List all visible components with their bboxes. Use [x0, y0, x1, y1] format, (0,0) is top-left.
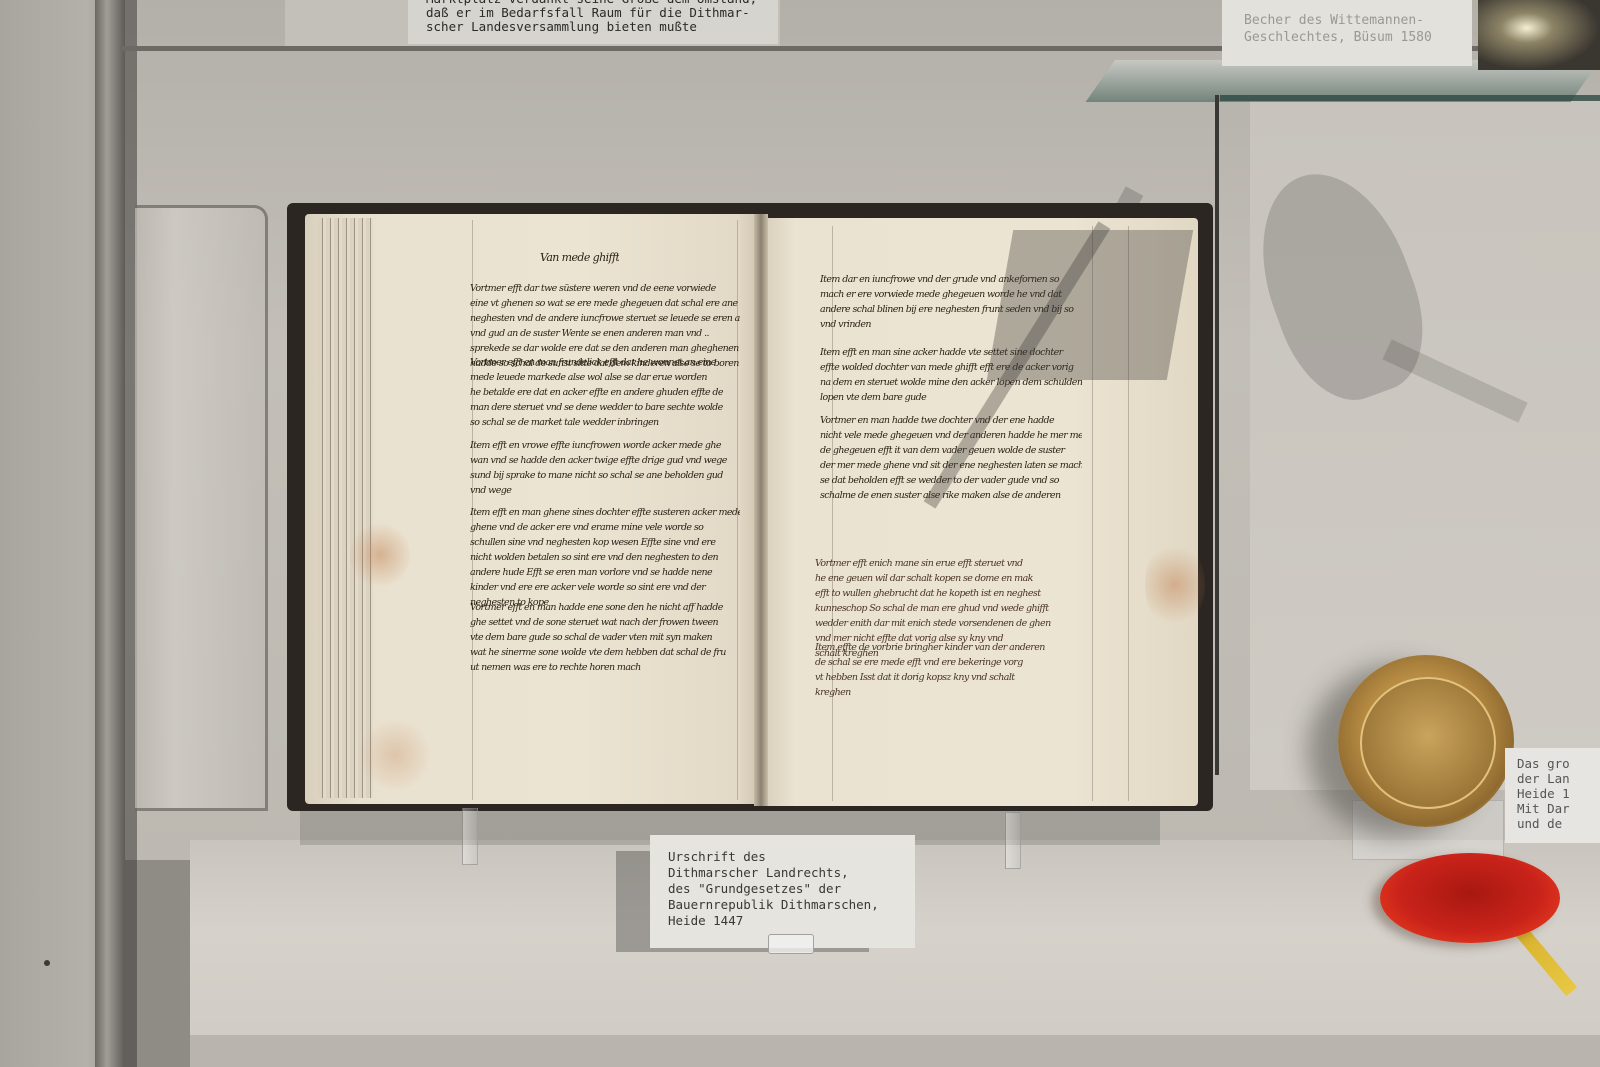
text-line: Vortmer efft en man frundelick efft dar …: [470, 355, 740, 370]
text-line: de schal se ere mede efft vnd ere bekeri…: [815, 655, 1083, 670]
text-line: he ene geuen wil dar schalt kopen se dom…: [815, 571, 1083, 586]
text-line: ghe settet vnd de sone steruet wat nach …: [470, 615, 740, 630]
text-line: vnd wege: [470, 483, 740, 498]
text-line: wedder enith dar mit enich stede vorsend…: [815, 616, 1083, 631]
text-line: kreghen: [815, 685, 1083, 700]
page-edges: [318, 218, 373, 798]
text-line: he betalde ere dat en acker effte en and…: [470, 385, 740, 400]
case-divider-pole: [1215, 95, 1219, 775]
text-line: andere hude Efft se eren man vorlore vnd…: [470, 565, 740, 580]
manuscript-caption-label: Urschrift des Dithmarscher Landrechts, d…: [650, 835, 915, 948]
text-line: sund bij sprake to mane nicht so schal s…: [470, 468, 740, 483]
text-line: kinder vnd ere ere acker vele worde so s…: [470, 580, 740, 595]
top-label-line: scher Landesversammlung bieten mußte: [426, 20, 778, 34]
seal-caption-line: und de: [1517, 816, 1600, 831]
text-line: Item effte de vorbrie bringher kinder va…: [815, 640, 1083, 655]
silver-goblet: [1478, 0, 1600, 70]
text-line: wat he sinerme sone wolde vte dem hebben…: [470, 645, 740, 660]
manuscript-paragraph: Item efft en man ghene sines dochter eff…: [470, 505, 740, 610]
gold-seal-relief: [1360, 677, 1496, 809]
text-line: lopen vte dem bare gude: [820, 390, 1082, 405]
water-stain: [355, 720, 435, 790]
glass-frame-bar: [95, 0, 125, 1067]
text-line: man dere steruet vnd se dene wedder to b…: [470, 400, 740, 415]
text-line: kunneschop So schal de man ere ghud vnd …: [815, 601, 1083, 616]
caption-line: Heide 1447: [668, 913, 915, 929]
manuscript-heading: Van mede ghifft: [540, 250, 619, 265]
text-line: Vortmer efft enich mane sin erue efft st…: [815, 556, 1083, 571]
book-stand-right: [1005, 812, 1021, 869]
text-line: mede leuede markede alse wol alse se dar…: [470, 370, 740, 385]
frame-bolt: [44, 960, 50, 966]
text-line: so schal se de market tale wedder inbrin…: [470, 415, 740, 430]
text-line: ghene vnd de acker ere vnd erame mine ve…: [470, 520, 740, 535]
book-gutter: [754, 214, 768, 806]
caption-line: Bauernrepublik Dithmarschen,: [668, 897, 915, 913]
text-line: wan vnd se hadde den acker twige effte d…: [470, 453, 740, 468]
manuscript-paragraph: Vortmer efft en man hadde ene sone den h…: [470, 600, 740, 675]
water-stain: [1145, 540, 1205, 630]
text-line: schalme de enen suster alse rike maken a…: [820, 488, 1082, 503]
text-line: Item efft en man ghene sines dochter eff…: [470, 505, 740, 520]
display-case-front-edge: [190, 1035, 1600, 1067]
text-line: schullen sine vnd neghesten kop wesen Ef…: [470, 535, 740, 550]
glass-shelf-edge: [1220, 95, 1600, 101]
goblet-label: Becher des Wittemannen- Geschlechtes, Bü…: [1222, 0, 1472, 66]
seal-caption-label: Das gro der Lan Heide 1 Mit Dar und de: [1505, 748, 1600, 843]
manuscript-paragraph: Item efft en vrowe effte iuncfrowen word…: [470, 438, 740, 498]
text-line: nicht wolden betalen so sint ere vnd den…: [470, 550, 740, 565]
book-stand-left: [462, 808, 478, 865]
red-wax-seal: [1380, 853, 1560, 943]
text-line: nicht vele mede ghegeuen vnd der anderen…: [820, 428, 1082, 443]
text-line: Item efft en vrowe effte iuncfrowen word…: [470, 438, 740, 453]
text-line: Vortmer efft en man hadde ene sone den h…: [470, 600, 740, 615]
caption-line: Urschrift des: [668, 849, 915, 865]
caption-line: Dithmarscher Landrechts,: [668, 865, 915, 881]
seal-caption-line: der Lan: [1517, 771, 1600, 786]
label-holder-clip: [768, 934, 814, 954]
text-line: vt hebben Isst dat it dorig kopsz kny vn…: [815, 670, 1083, 685]
caption-line: des "Grundgesetzes" der: [668, 881, 915, 897]
text-line: eine vt ghenen so wat se ere mede ghegeu…: [470, 296, 740, 311]
text-line: vnd gud an de suster Wente se enen ander…: [470, 326, 740, 341]
water-stain: [350, 520, 410, 590]
reflected-book: [135, 205, 268, 811]
top-label-line: daß er im Bedarfsfall Raum für die Dithm…: [426, 6, 778, 20]
goblet-label-line: Becher des Wittemannen-: [1244, 12, 1472, 29]
seal-caption-line: Heide 1: [1517, 786, 1600, 801]
manuscript-paragraph: Vortmer efft en man frundelick efft dar …: [470, 355, 740, 430]
text-line: efft to wullen ghebrucht dat he kopeth i…: [815, 586, 1083, 601]
text-line: sprekede se dar wolde ere dat se den and…: [470, 341, 740, 356]
text-line: ut nemen was ere to rechte horen mach: [470, 660, 740, 675]
text-line: neghesten vnd de andere iuncfrowe sterue…: [470, 311, 740, 326]
text-line: vte dem bare gude so schal de vader vten…: [470, 630, 740, 645]
top-info-label: Marktplatz verdankt seine Größe dem Umst…: [408, 0, 778, 44]
seal-caption-line: Mit Dar: [1517, 801, 1600, 816]
seal-caption-line: Das gro: [1517, 756, 1600, 771]
manuscript-paragraph: Item effte de vorbrie bringher kinder va…: [815, 640, 1083, 700]
goblet-label-line: Geschlechtes, Büsum 1580: [1244, 29, 1472, 46]
text-line: Vortmer en man hadde twe dochter vnd der…: [820, 413, 1082, 428]
text-line: Vortmer efft dar twe süstere weren vnd d…: [470, 281, 740, 296]
